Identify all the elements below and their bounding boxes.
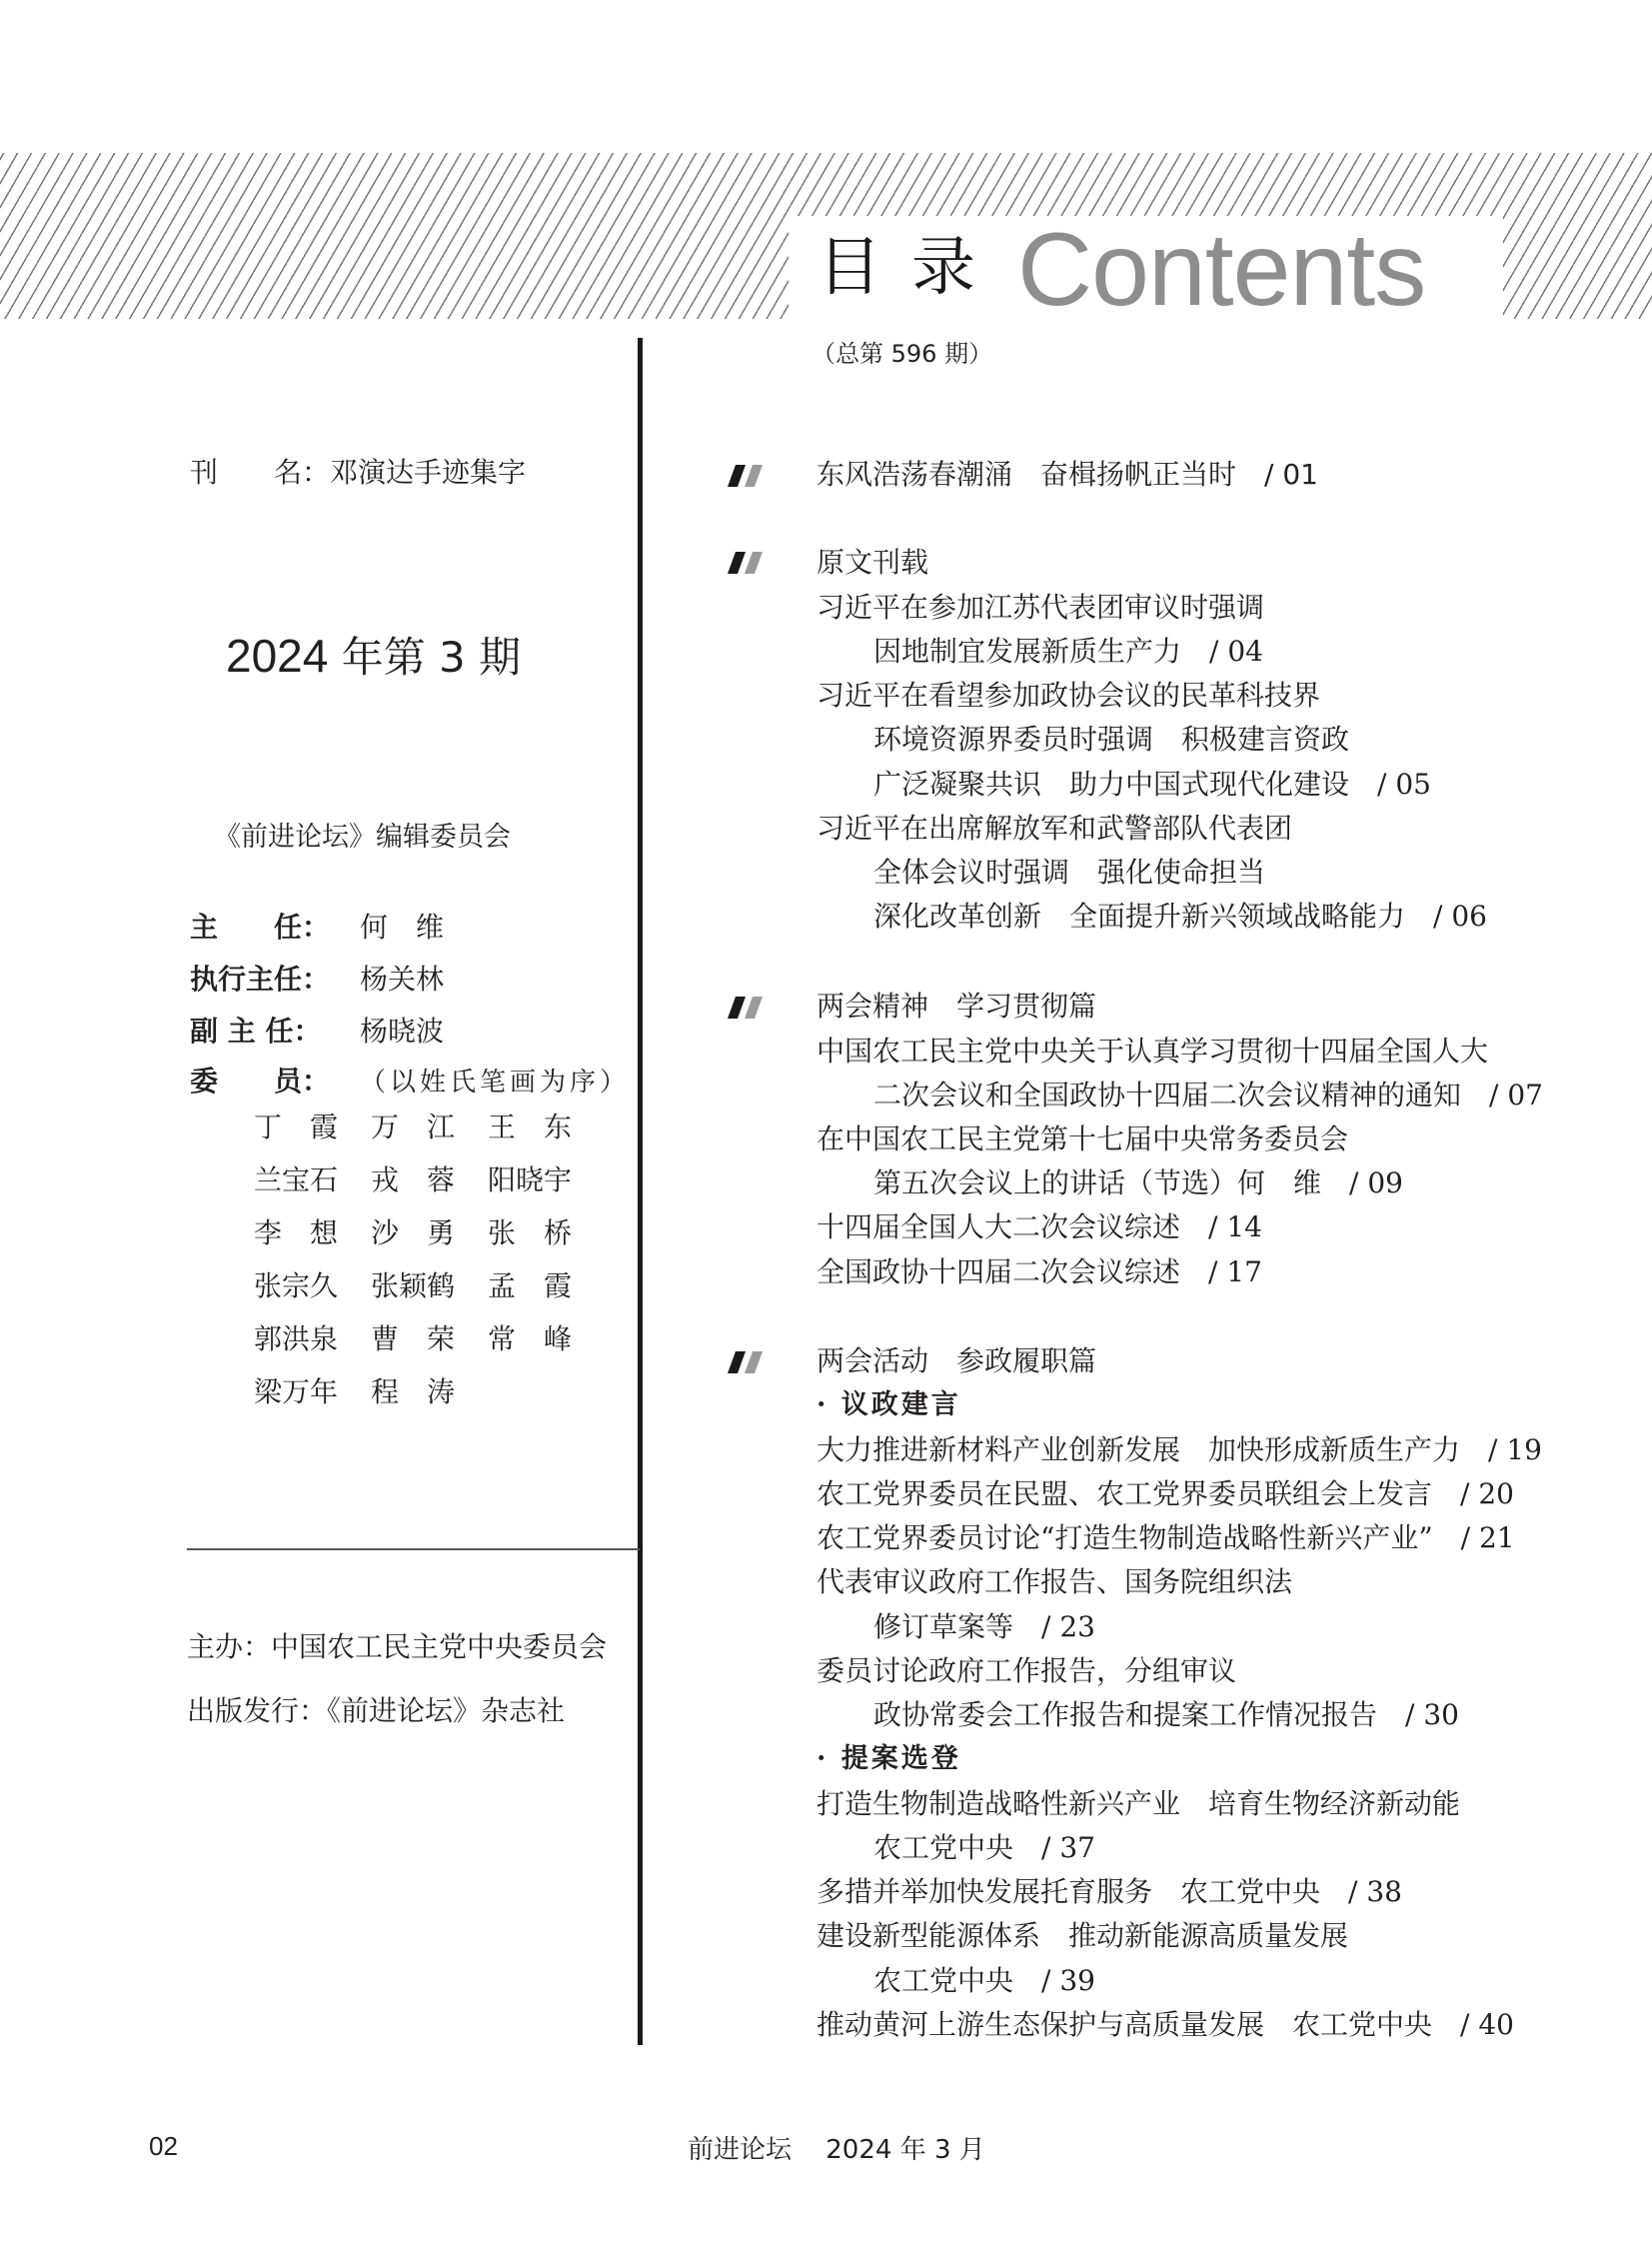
toc-section-title: 原文刊载 bbox=[817, 545, 928, 581]
member-name: 张宗久 bbox=[254, 1268, 371, 1321]
toc-section-title[interactable]: 东风浩荡春潮涌 奋楫扬帆正当时 / 01 bbox=[817, 457, 1318, 493]
journal-name: 刊 名：邓演达手迹集字 bbox=[190, 455, 526, 491]
toc-entry[interactable]: 打造生物制造战略性新兴产业 培育生物经济新动能 bbox=[817, 1786, 1460, 1822]
member-name: 戎 蓉 bbox=[371, 1162, 488, 1215]
toc-entry[interactable]: 广泛凝聚共识 助力中国式现代化建设 / 05 bbox=[873, 767, 1431, 803]
toc-entry[interactable]: 在中国农工民主党第十七届中央常务委员会 bbox=[817, 1121, 1348, 1157]
toc-entry[interactable]: 因地制宜发展新质生产力 / 04 bbox=[873, 634, 1263, 670]
member-name: 李 想 bbox=[254, 1215, 371, 1268]
role-executive-director: 执行主任：杨关林 bbox=[190, 962, 444, 998]
toc-entry[interactable]: 全体会议时强调 强化使命担当 bbox=[873, 855, 1265, 891]
journal-name-label: 刊 名： bbox=[190, 456, 330, 489]
member-name: 张颖鹤 bbox=[371, 1268, 488, 1321]
role-label: 执行主任： bbox=[190, 962, 360, 998]
toc-entry[interactable]: 农工党中央 / 37 bbox=[873, 1830, 1095, 1866]
member-name: 王 东 bbox=[488, 1110, 605, 1162]
publisher: 出版发行：《前进论坛》杂志社 bbox=[187, 1693, 565, 1729]
section-marker-icon bbox=[730, 997, 766, 1021]
role-value: 何 维 bbox=[360, 911, 444, 944]
member-row: 张宗久 张颖鹤 孟 霞 bbox=[254, 1268, 605, 1321]
left-column-rule bbox=[187, 1548, 640, 1550]
toc-entry[interactable]: 农工党界委员在民盟、农工党界委员联组会上发言 / 20 bbox=[817, 1476, 1514, 1512]
sponsor: 主办：中国农工民主党中央委员会 bbox=[187, 1629, 607, 1665]
toc-entry[interactable]: 中国农工民主党中央关于认真学习贯彻十四届全国人大 bbox=[817, 1034, 1488, 1070]
column-divider bbox=[638, 338, 643, 2045]
issue-year: 2024 bbox=[226, 630, 328, 682]
toc-entry[interactable]: 第五次会议上的讲话（节选）何 维 / 09 bbox=[873, 1165, 1403, 1201]
section-marker-icon bbox=[730, 552, 766, 576]
role-director: 主 任：何 维 bbox=[190, 910, 444, 946]
toc-section-title: 两会活动 参政履职篇 bbox=[817, 1343, 1096, 1379]
member-name: 万 江 bbox=[371, 1110, 488, 1162]
member-name: 丁 霞 bbox=[254, 1110, 371, 1162]
footer-page-number: 02 bbox=[149, 2131, 178, 2162]
role-label: 主 任： bbox=[190, 910, 360, 946]
member-name bbox=[488, 1374, 605, 1427]
member-row: 丁 霞 万 江 王 东 bbox=[254, 1110, 605, 1162]
toc-entry[interactable]: 深化改革创新 全面提升新兴领域战略能力 / 06 bbox=[873, 899, 1487, 935]
toc-entry[interactable]: 二次会议和全国政协十四届二次会议精神的通知 / 07 bbox=[873, 1078, 1543, 1114]
page-title-en: Contents bbox=[1017, 210, 1425, 330]
member-name: 程 涛 bbox=[371, 1374, 488, 1427]
role-note: （以姓氏笔画为序） bbox=[360, 1068, 630, 1098]
role-label: 委 员： bbox=[190, 1064, 360, 1100]
role-value: 杨关林 bbox=[360, 963, 444, 996]
committee-title: 《前进论坛》编辑委员会 bbox=[214, 820, 511, 856]
member-name: 曹 荣 bbox=[371, 1321, 488, 1374]
member-row: 郭洪泉 曹 荣 常 峰 bbox=[254, 1321, 605, 1374]
toc-entry[interactable]: 推动黄河上游生态保护与高质量发展 农工党中央 / 40 bbox=[817, 2007, 1514, 2043]
toc-entry[interactable]: 修订草案等 / 23 bbox=[873, 1609, 1095, 1645]
member-name: 阳晓宇 bbox=[488, 1162, 605, 1215]
member-list: 丁 霞 万 江 王 东 兰宝石 戎 蓉 阳晓宇 李 想 沙 勇 张 桥 张宗久 … bbox=[254, 1110, 605, 1427]
toc-entry[interactable]: 政协常委会工作报告和提案工作情况报告 / 30 bbox=[873, 1697, 1459, 1733]
footer-magazine-date: 前进论坛 2024 年 3 月 bbox=[688, 2129, 985, 2166]
role-deputy-director: 副 主 任：杨晓波 bbox=[190, 1014, 444, 1050]
member-name: 梁万年 bbox=[254, 1374, 371, 1427]
toc-entry[interactable]: 大力推进新材料产业创新发展 加快形成新质生产力 / 19 bbox=[817, 1432, 1542, 1468]
member-name: 郭洪泉 bbox=[254, 1321, 371, 1374]
role-value: 杨晓波 bbox=[360, 1015, 444, 1048]
section-marker-icon bbox=[730, 1351, 766, 1375]
toc-entry[interactable]: 习近平在出席解放军和武警部队代表团 bbox=[817, 811, 1292, 847]
toc-entry[interactable]: 农工党中央 / 39 bbox=[873, 1963, 1095, 1999]
role-label: 副 主 任： bbox=[190, 1014, 360, 1050]
toc-entry[interactable]: 十四届全国人大二次会议综述 / 14 bbox=[817, 1209, 1262, 1245]
page-title-cn: 目录 bbox=[818, 228, 1005, 308]
member-name: 兰宝石 bbox=[254, 1162, 371, 1215]
toc-entry[interactable]: 委员讨论政府工作报告，分组审议 bbox=[817, 1653, 1236, 1689]
section-marker-icon bbox=[730, 465, 766, 489]
role-members: 委 员：（以姓氏笔画为序） bbox=[190, 1064, 630, 1101]
toc-entry[interactable]: 全国政协十四届二次会议综述 / 17 bbox=[817, 1254, 1262, 1290]
member-row: 梁万年 程 涛 bbox=[254, 1374, 605, 1427]
member-row: 兰宝石 戎 蓉 阳晓宇 bbox=[254, 1162, 605, 1215]
member-name: 常 峰 bbox=[488, 1321, 605, 1374]
toc-entry[interactable]: 环境资源界委员时强调 积极建言资政 bbox=[873, 722, 1349, 758]
toc-section-title: 两会精神 学习贯彻篇 bbox=[817, 989, 1096, 1025]
toc-entry[interactable]: 习近平在参加江苏代表团审议时强调 bbox=[817, 590, 1264, 626]
toc-subheading: · 提案选登 bbox=[817, 1741, 961, 1777]
toc-entry[interactable]: 多措并举加快发展托育服务 农工党中央 / 38 bbox=[817, 1874, 1402, 1910]
member-row: 李 想 沙 勇 张 桥 bbox=[254, 1215, 605, 1268]
toc-entry[interactable]: 代表审议政府工作报告、国务院组织法 bbox=[817, 1564, 1292, 1600]
member-name: 孟 霞 bbox=[488, 1268, 605, 1321]
toc-entry[interactable]: 习近平在看望参加政协会议的民革科技界 bbox=[817, 678, 1320, 714]
total-issue-number: （总第 596 期） bbox=[812, 334, 992, 369]
issue-number: 2024 年第 3 期 bbox=[226, 628, 521, 686]
member-name: 张 桥 bbox=[488, 1215, 605, 1268]
journal-name-value: 邓演达手迹集字 bbox=[330, 456, 526, 489]
member-name: 沙 勇 bbox=[371, 1215, 488, 1268]
toc-entry[interactable]: 农工党界委员讨论“打造生物制造战略性新兴产业” / 21 bbox=[817, 1520, 1515, 1556]
issue-text: 年第 3 期 bbox=[328, 633, 521, 682]
toc-subheading: · 议政建言 bbox=[817, 1387, 961, 1423]
toc-entry[interactable]: 建设新型能源体系 推动新能源高质量发展 bbox=[817, 1918, 1348, 1954]
